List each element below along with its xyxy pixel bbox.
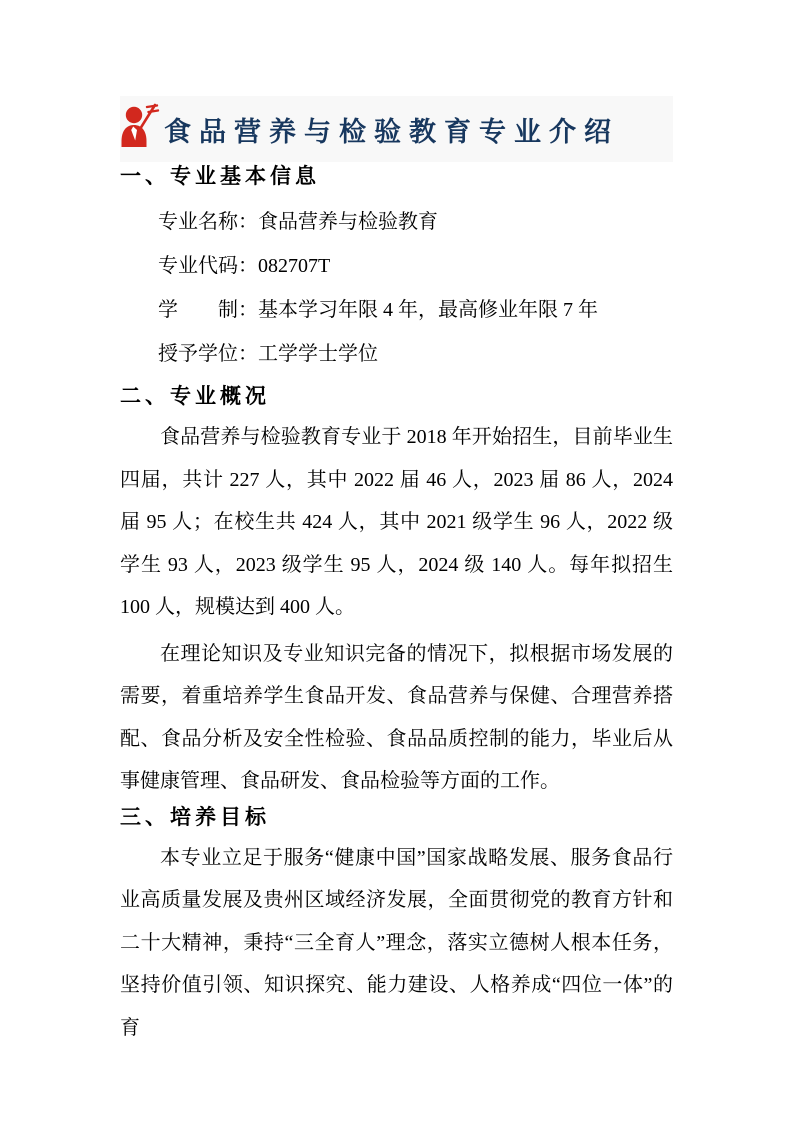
- basic-info-list: 专业名称：食品营养与检验教育 专业代码：082707T 学 制：基本学习年限 4…: [120, 200, 673, 376]
- section-heading-basic-info: 一、专业基本信息: [120, 162, 673, 192]
- info-line-major-name: 专业名称：食品营养与检验教育: [120, 200, 673, 244]
- info-line-study-length: 学 制：基本学习年限 4 年，最高修业年限 7 年: [120, 288, 673, 332]
- objectives-paragraph: 本专业立足于服务“健康中国”国家战略发展、服务食品行业高质量发展及贵州区域经济发…: [120, 837, 673, 1050]
- document-title: 食品营养与检验教育专业介绍: [164, 110, 619, 149]
- section-heading-overview: 二、专业概况: [120, 382, 673, 412]
- overview-paragraph-training: 在理论知识及专业知识完备的情况下，拟根据市场发展的需要，着重培养学生食品开发、食…: [120, 633, 673, 803]
- overview-paragraph-enrollment: 食品营养与检验教育专业于 2018 年开始招生，目前毕业生四届，共计 227 人…: [120, 416, 673, 629]
- document-page: 食品营养与检验教育专业介绍 一、专业基本信息 专业名称：食品营养与检验教育 专业…: [0, 0, 793, 1122]
- document-title-banner: 食品营养与检验教育专业介绍: [120, 96, 673, 162]
- section-heading-objectives: 三、培养目标: [120, 803, 673, 833]
- info-line-major-code: 专业代码：082707T: [120, 244, 673, 288]
- person-edit-icon: [120, 102, 162, 152]
- info-line-degree: 授予学位：工学学士学位: [120, 332, 673, 376]
